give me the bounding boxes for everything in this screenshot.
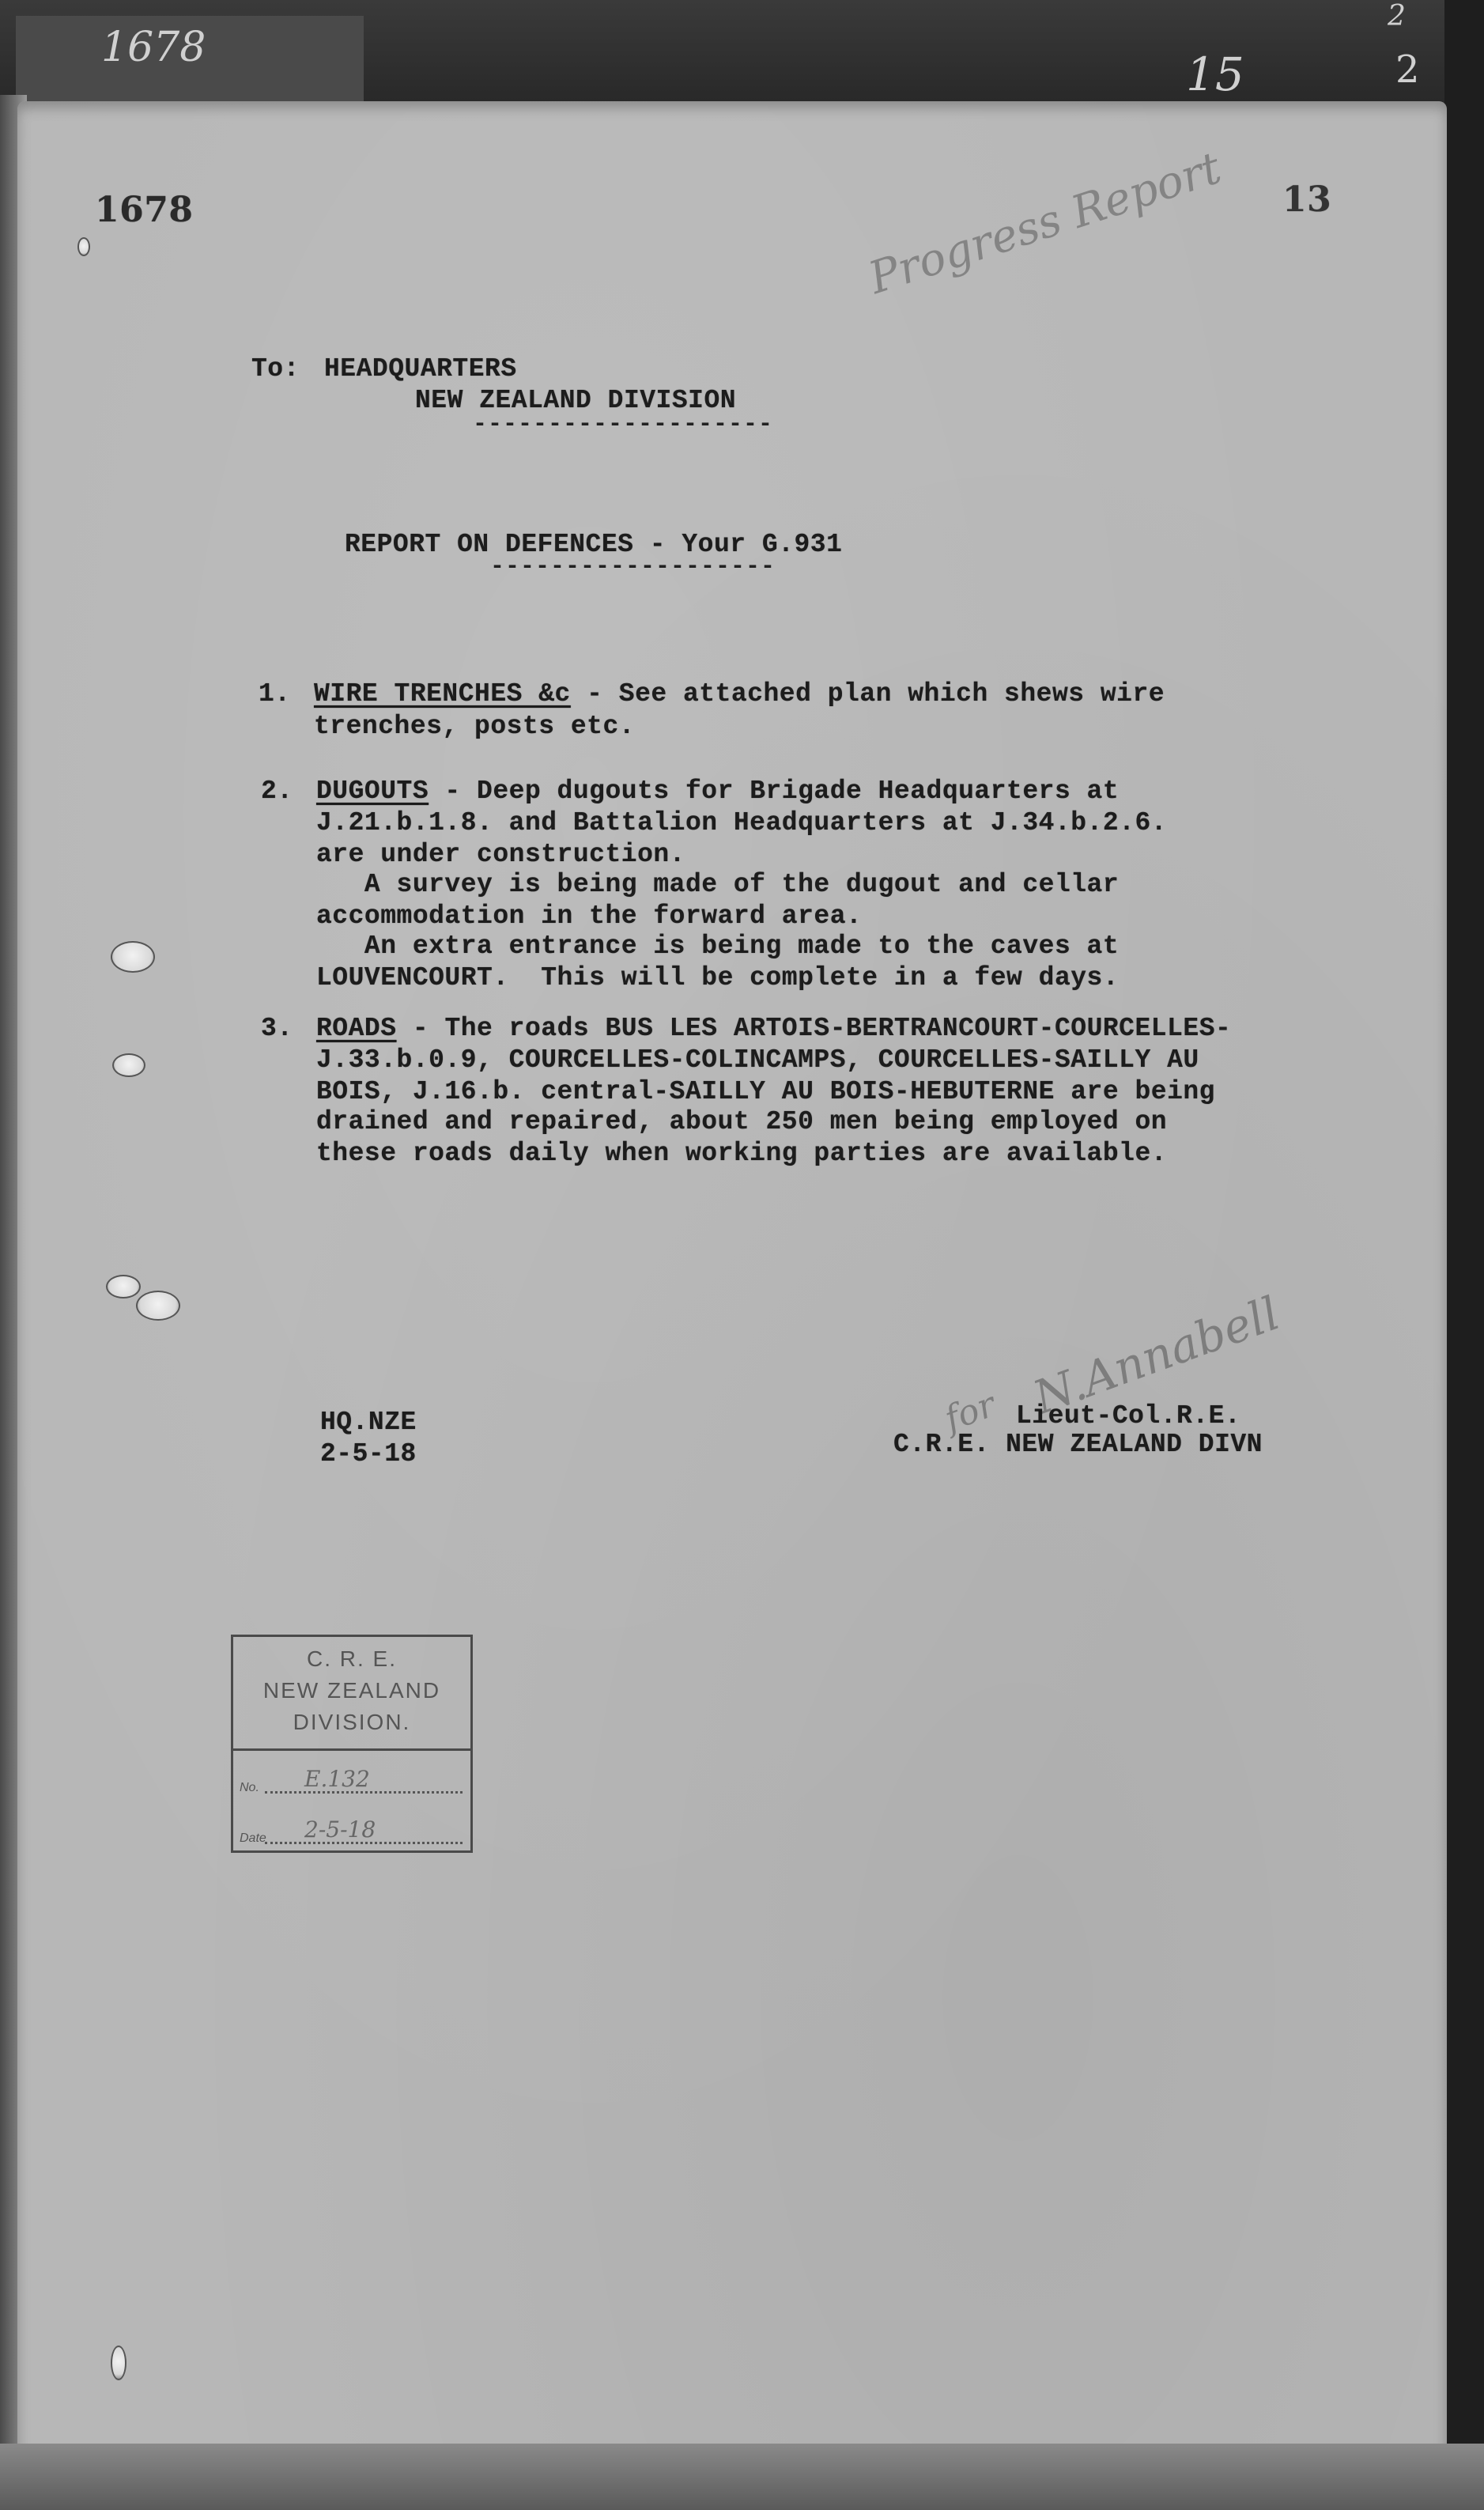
stamp-number-row: No. E.132 <box>233 1751 470 1801</box>
item-2-line-5: accommodation in the forward area. <box>316 900 862 932</box>
to-label: To: <box>251 353 300 385</box>
item-1-line-2: trenches, posts etc. <box>314 710 635 743</box>
item-2-line-3: are under construction. <box>316 838 685 871</box>
item-3-line-1: - The roads BUS LES ARTOIS-BERTRANCOURT-… <box>397 1014 1232 1043</box>
subject-rule: ------------------- <box>490 554 776 580</box>
registry-stamp: C. R. E. NEW ZEALAND DIVISION. No. E.132… <box>231 1635 473 1853</box>
punch-hole <box>77 237 90 256</box>
punch-hole <box>111 941 155 973</box>
folder-left-number: 1678 <box>101 24 206 71</box>
stamp-line-1: C. R. E. <box>233 1643 470 1675</box>
item-2-line-1: - Deep dugouts for Brigade Headquarters … <box>429 777 1119 806</box>
origin: HQ.NZE <box>320 1406 417 1438</box>
item-3: ROADS - The roads BUS LES ARTOIS-BERTRAN… <box>316 1012 1231 1045</box>
item-2-line-4: A survey is being made of the dugout and… <box>316 868 1119 901</box>
stamp-header: C. R. E. NEW ZEALAND DIVISION. <box>233 1637 470 1751</box>
file-number: 1678 <box>95 194 193 226</box>
punch-hole <box>136 1291 180 1321</box>
item-3-heading: ROADS <box>316 1014 397 1043</box>
punch-hole <box>111 2346 126 2380</box>
item-1: WIRE TRENCHES &c - See attached plan whi… <box>314 678 1165 710</box>
punch-hole <box>106 1275 141 1298</box>
document-page <box>17 101 1447 2472</box>
item-2-number: 2. <box>261 775 293 807</box>
address-rule: -------------------- <box>473 411 773 438</box>
right-edge-shadow <box>1444 0 1484 2510</box>
stamp-line-2: NEW ZEALAND <box>233 1675 470 1707</box>
item-2-line-6: An extra entrance is being made to the c… <box>316 930 1119 962</box>
item-1-heading: WIRE TRENCHES &c <box>314 679 571 709</box>
item-2: DUGOUTS - Deep dugouts for Brigade Headq… <box>316 775 1119 807</box>
stamp-line-3: DIVISION. <box>233 1707 470 1738</box>
item-2-line-2: J.21.b.1.8. and Battalion Headquarters a… <box>316 807 1167 839</box>
signatory-rank: Lieut-Col.R.E. <box>1016 1400 1240 1432</box>
folder-corner-mark-2: 2 <box>1395 47 1420 92</box>
stamp-no-value: E.132 <box>304 1766 370 1792</box>
item-2-heading: DUGOUTS <box>316 777 429 806</box>
punch-hole <box>112 1053 145 1077</box>
folio-number: 13 <box>1282 183 1331 216</box>
stamp-no-label: No. <box>240 1781 259 1795</box>
item-3-line-4: drained and repaired, about 250 men bein… <box>316 1106 1167 1138</box>
item-1-line-1: - See attached plan which shews wire <box>571 679 1165 709</box>
item-3-number: 3. <box>261 1012 293 1045</box>
to-line-1: HEADQUARTERS <box>324 353 517 385</box>
folder-corner-mark-1: 2 <box>1388 0 1406 32</box>
date: 2-5-18 <box>320 1438 417 1470</box>
signatory-title: C.R.E. NEW ZEALAND DIVN <box>893 1428 1263 1461</box>
item-3-line-2: J.33.b.0.9, COURCELLES-COLINCAMPS, COURC… <box>316 1044 1199 1076</box>
stamp-date-row: Date 2-5-18 <box>233 1801 470 1852</box>
item-1-number: 1. <box>259 678 291 710</box>
item-3-line-3: BOIS, J.16.b. central-SAILLY AU BOIS-HEB… <box>316 1075 1215 1108</box>
folder-right-number: 15 <box>1186 47 1244 101</box>
bottom-folder-edge <box>0 2444 1484 2510</box>
item-3-line-5: these roads daily when working parties a… <box>316 1137 1167 1170</box>
stamp-date-label: Date <box>240 1831 266 1846</box>
stamp-date-value: 2-5-18 <box>304 1816 376 1843</box>
item-2-line-7: LOUVENCOURT. This will be complete in a … <box>316 962 1119 994</box>
